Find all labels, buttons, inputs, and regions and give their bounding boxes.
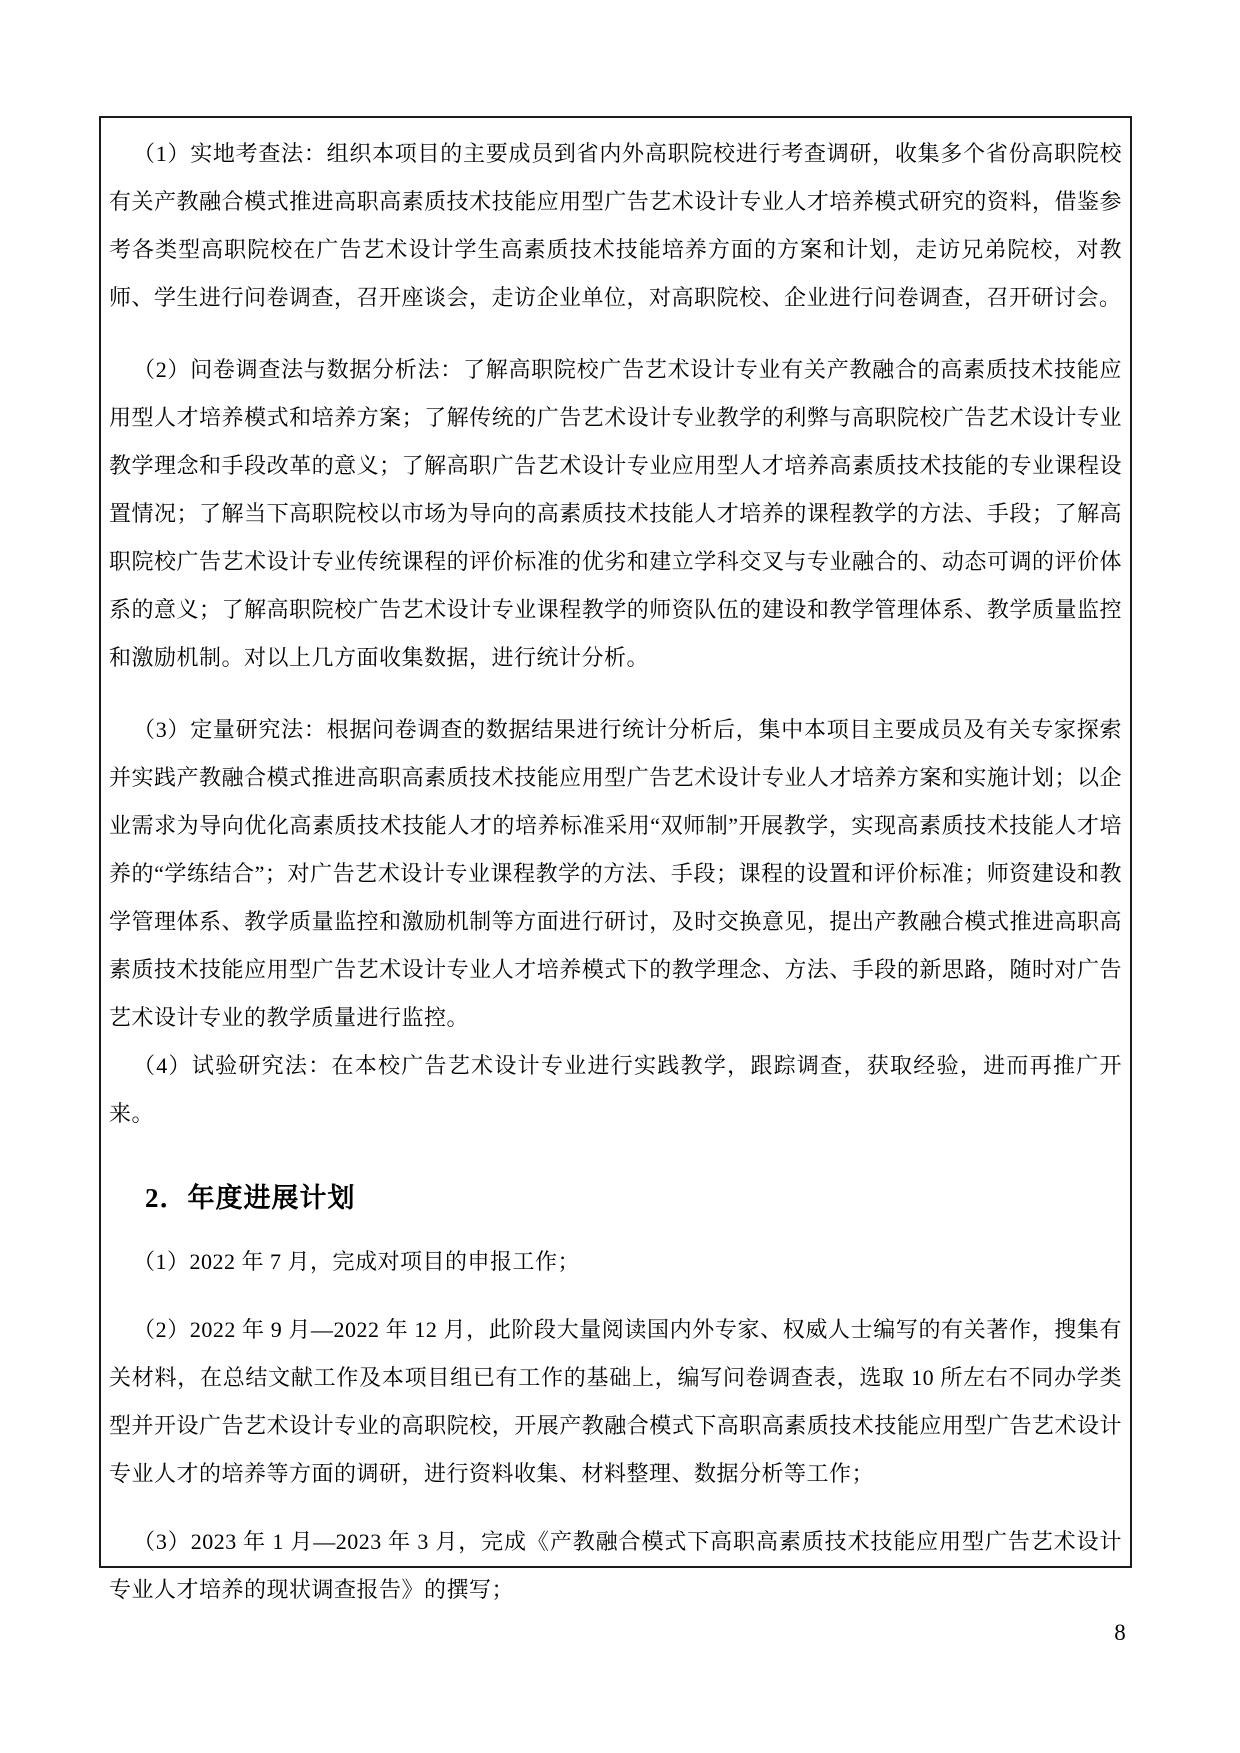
plan-item-3: （3）2023 年 1 月—2023 年 3 月，完成《产教融合模式下高职高素质… (109, 1518, 1122, 1614)
method-paragraph-experimental-research: （4）试验研究法：在本校广告艺术设计专业进行实践教学，跟踪调查，获取经验，进而再… (109, 1042, 1122, 1138)
form-cell: （1）实地考查法：组织本项目的主要成员到省内外高职院校进行考查调研，收集多个省份… (99, 116, 1132, 1568)
page-number: 8 (1098, 1618, 1142, 1648)
annual-plan-heading: 2．年度进展计划 (145, 1178, 1122, 1218)
method-paragraph-quantitative-research: （3）定量研究法：根据问卷调查的数据结果进行统计分析后，集中本项目主要成员及有关… (109, 706, 1122, 1042)
plan-item-1: （1）2022 年 7 月，完成对项目的申报工作； (109, 1238, 1122, 1286)
plan-item-2: （2）2022 年 9 月—2022 年 12 月，此阶段大量阅读国内外专家、权… (109, 1306, 1122, 1498)
method-paragraph-field-survey: （1）实地考查法：组织本项目的主要成员到省内外高职院校进行考查调研，收集多个省份… (109, 130, 1122, 322)
method-paragraph-questionnaire-analysis: （2）问卷调查法与数据分析法：了解高职院校广告艺术设计专业有关产教融合的高素质技… (109, 346, 1122, 682)
